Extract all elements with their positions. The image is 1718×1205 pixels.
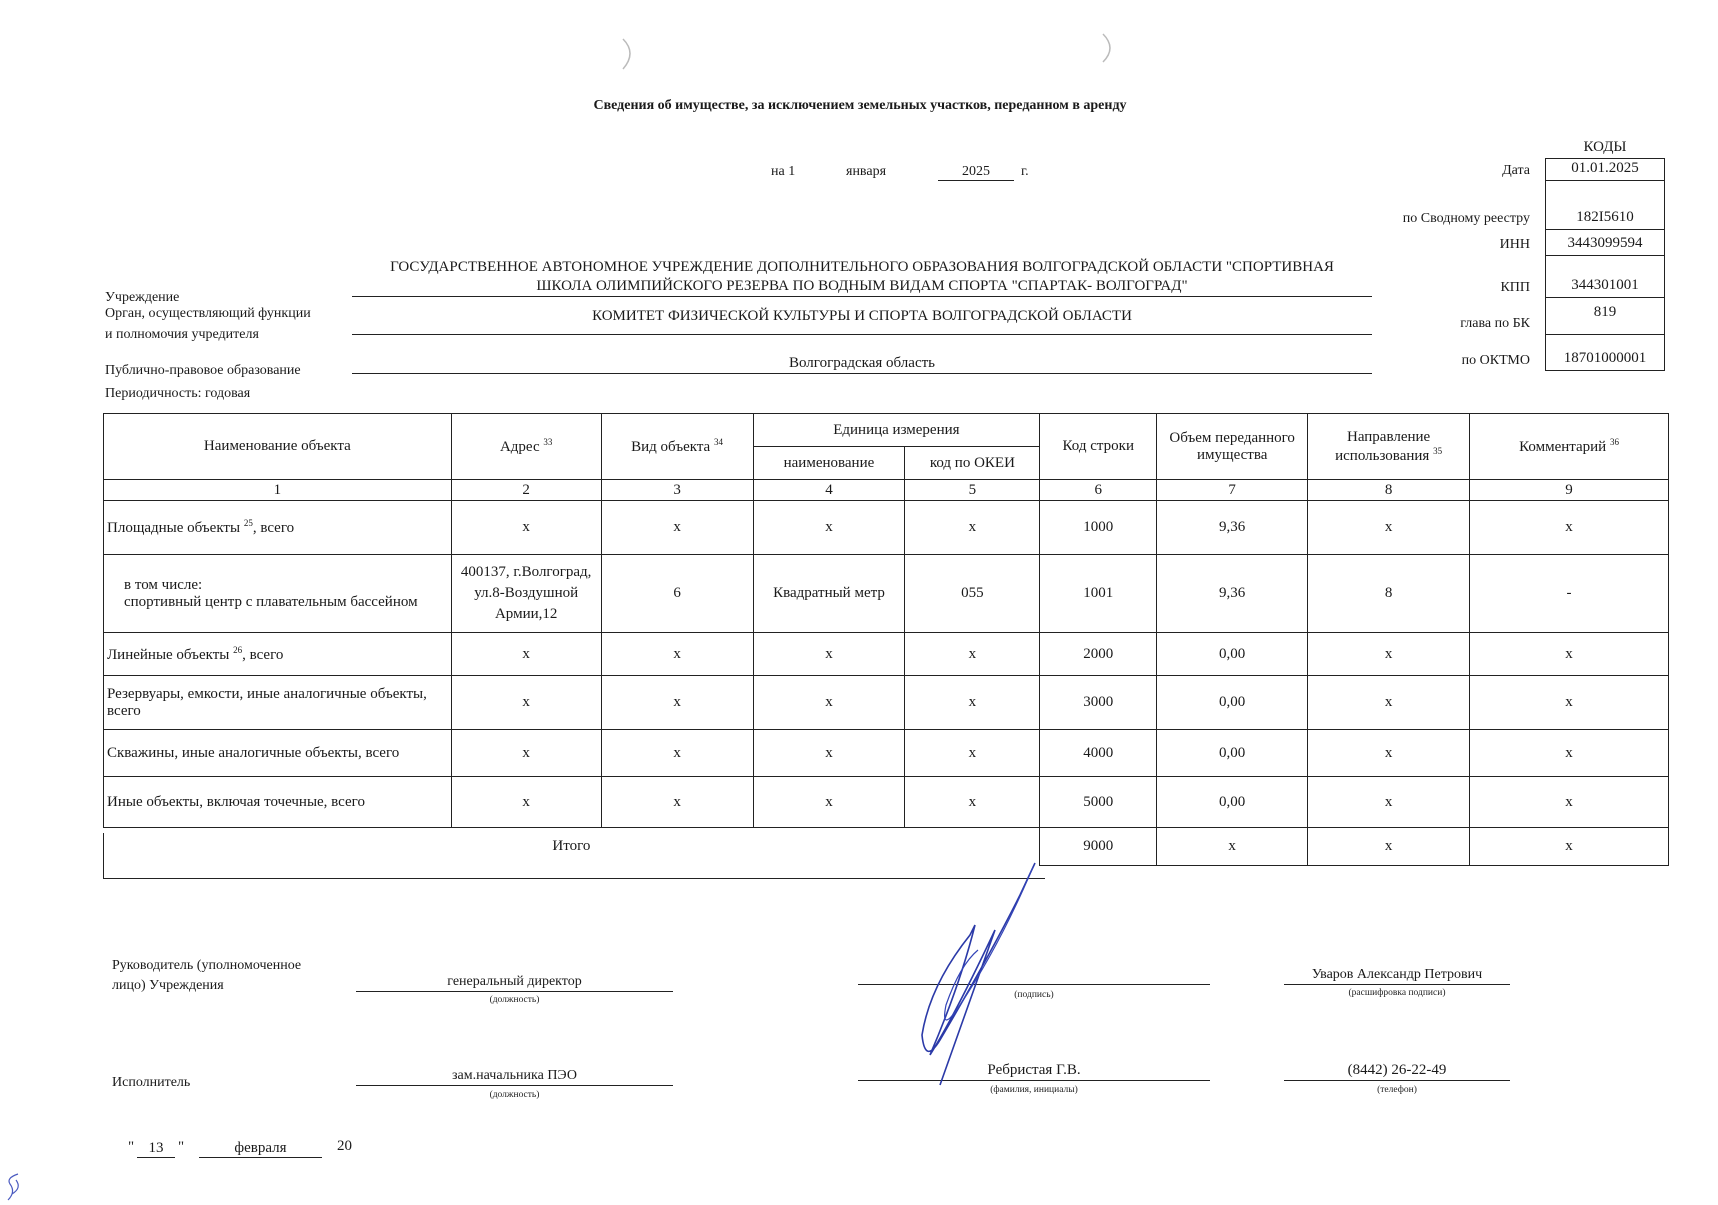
footer-month: февраля [199, 1140, 322, 1158]
handwritten-signature [900, 855, 1050, 1095]
code-label-registry: по Сводному реестру [1300, 211, 1530, 227]
document-title: Сведения об имуществе, за исключением зе… [500, 98, 1220, 114]
date-prefix: на 1 [771, 164, 795, 180]
table-row: Иные объекты, включая точечные, всего x … [104, 777, 1669, 828]
executor-position: зам.начальника ПЭО [356, 1068, 673, 1084]
code-value-kpp: 344301001 [1545, 255, 1665, 298]
founder-name: КОМИТЕТ ФИЗИЧЕСКОЙ КУЛЬТУРЫ И СПОРТА ВОЛ… [352, 308, 1372, 325]
quote-close: " [178, 1139, 184, 1156]
code-value-date: 01.01.2025 [1545, 158, 1665, 181]
institution-name-line2: ШКОЛА ОЛИМПИЙСКОГО РЕЗЕРВА ПО ВОДНЫМ ВИД… [352, 278, 1372, 295]
head-position: генеральный директор [356, 974, 673, 990]
table-row: в том числе: спортивный центр с плавател… [104, 555, 1669, 633]
institution-underline [352, 296, 1372, 297]
table-header-row: Наименование объекта Адрес 33 Вид объект… [104, 414, 1669, 447]
code-value-bk: 819 [1545, 297, 1665, 335]
date-year: 2025 [938, 164, 1014, 181]
founder-label-2: и полномочия учредителя [105, 327, 259, 343]
row-name: Резервуары, емкости, иные аналогичные об… [104, 676, 452, 730]
code-label-date: Дата [1300, 163, 1530, 179]
column-number-row: 1 2 3 4 5 6 7 8 9 [104, 480, 1669, 501]
margin-scribble [2, 1170, 30, 1205]
footer-year-prefix: 20 [337, 1138, 352, 1155]
header-name: Наименование объекта [104, 414, 452, 480]
founder-label-1: Орган, осуществляющий функции [105, 306, 311, 322]
scan-mark [615, 35, 645, 75]
public-entity-value: Волгоградская область [352, 355, 1372, 372]
executor-label: Исполнитель [112, 1075, 190, 1091]
periodicity: Периодичность: годовая [105, 386, 250, 402]
executor-phone: (8442) 26-22-49 [1284, 1062, 1510, 1079]
header-unit-code: код по ОКЕИ [905, 447, 1040, 480]
codes-heading: КОДЫ [1545, 139, 1665, 156]
header-direction: Направление использования 35 [1308, 414, 1470, 480]
institution-label: Учреждение [105, 290, 179, 306]
header-volume: Объем переданного имущества [1157, 414, 1308, 480]
date-suffix: г. [1021, 164, 1029, 180]
head-name: Уваров Александр Петрович [1284, 967, 1510, 983]
header-comment: Комментарий 36 [1470, 414, 1669, 480]
public-entity-underline [352, 373, 1372, 374]
quote-open: " [128, 1139, 134, 1156]
header-kind: Вид объекта 34 [601, 414, 753, 480]
row-name: в том числе: спортивный центр с плавател… [104, 555, 452, 633]
table-row: Площадные объекты 25, всего x x x x 1000… [104, 501, 1669, 555]
code-value-registry: 182I5610 [1545, 180, 1665, 230]
table-row: Линейные объекты 26, всего x x x x 2000 … [104, 633, 1669, 676]
table-row: Скважины, иные аналогичные объекты, всег… [104, 730, 1669, 777]
header-unit-name: наименование [753, 447, 905, 480]
total-row-code: 9000 [1040, 828, 1157, 866]
row-name: Скважины, иные аналогичные объекты, всег… [104, 730, 452, 777]
scan-mark [1095, 30, 1125, 70]
code-value-inn: 3443099594 [1545, 229, 1665, 256]
header-unit-group: Единица измерения [753, 414, 1040, 447]
date-month: января [846, 164, 886, 180]
row-name: Линейные объекты 26, всего [104, 633, 452, 676]
table-row: Резервуары, емкости, иные аналогичные об… [104, 676, 1669, 730]
code-label-inn: ИНН [1300, 237, 1530, 253]
header-address: Адрес 33 [451, 414, 601, 480]
row-name: Иные объекты, включая точечные, всего [104, 777, 452, 828]
row-name: Площадные объекты 25, всего [104, 501, 452, 555]
property-table: Наименование объекта Адрес 33 Вид объект… [103, 413, 1669, 866]
head-label-1: Руководитель (уполномоченное [112, 958, 301, 974]
public-entity-label: Публично-правовое образование [105, 363, 301, 379]
head-label-2: лицо) Учреждения [112, 978, 224, 994]
founder-underline [352, 334, 1372, 335]
institution-name-line1: ГОСУДАРСТВЕННОЕ АВТОНОМНОЕ УЧРЕЖДЕНИЕ ДО… [352, 259, 1372, 276]
code-value-oktmo: 18701000001 [1545, 334, 1665, 371]
footer-day: 13 [137, 1140, 175, 1158]
header-row-code: Код строки [1040, 414, 1157, 480]
